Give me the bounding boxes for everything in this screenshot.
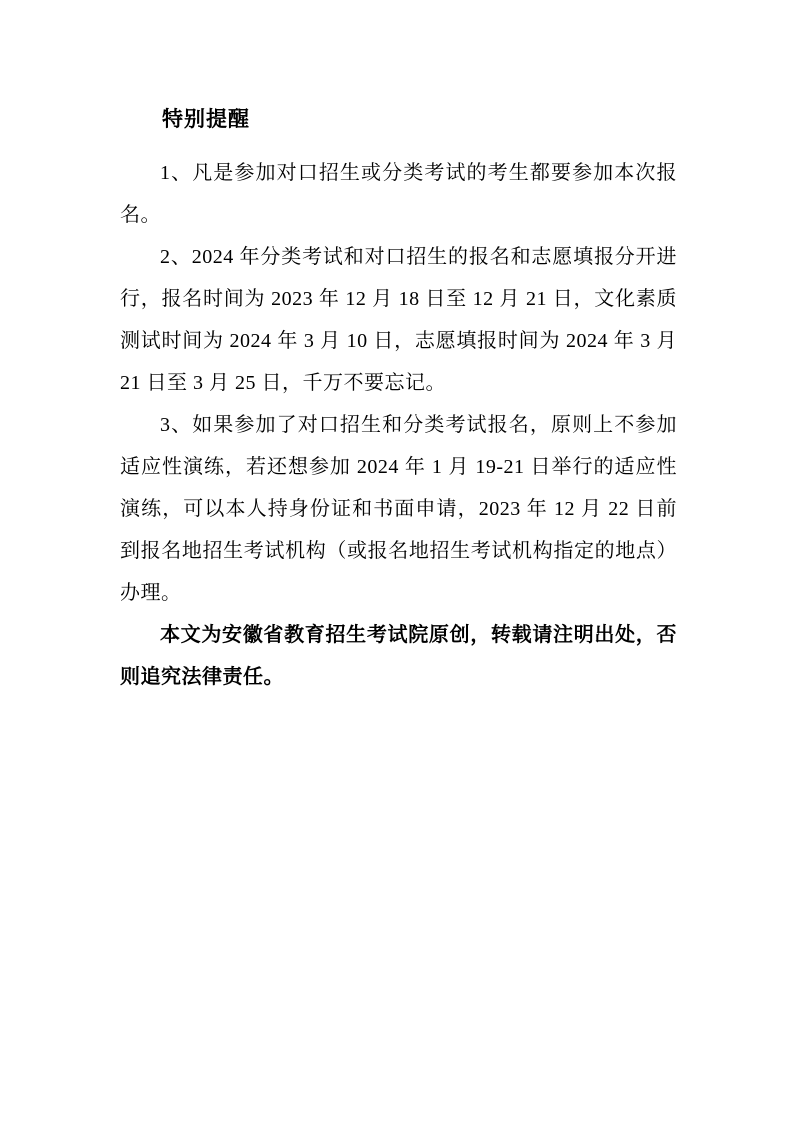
document-content: 特别提醒 1、凡是参加对口招生或分类考试的考生都要参加本次报名。 2、2024 … [120,98,677,698]
copyright-note: 本文为安徽省教育招生考试院原创，转载请注明出处，否则追究法律责任。 [120,614,677,698]
document-page: 特别提醒 1、凡是参加对口招生或分类考试的考生都要参加本次报名。 2、2024 … [0,0,793,1122]
document-heading: 特别提醒 [120,98,677,140]
paragraph-2: 2、2024 年分类考试和对口招生的报名和志愿填报分开进行，报名时间为 2023… [120,236,677,404]
paragraph-1: 1、凡是参加对口招生或分类考试的考生都要参加本次报名。 [120,152,677,236]
paragraph-3: 3、如果参加了对口招生和分类考试报名，原则上不参加适应性演练，若还想参加 202… [120,404,677,614]
